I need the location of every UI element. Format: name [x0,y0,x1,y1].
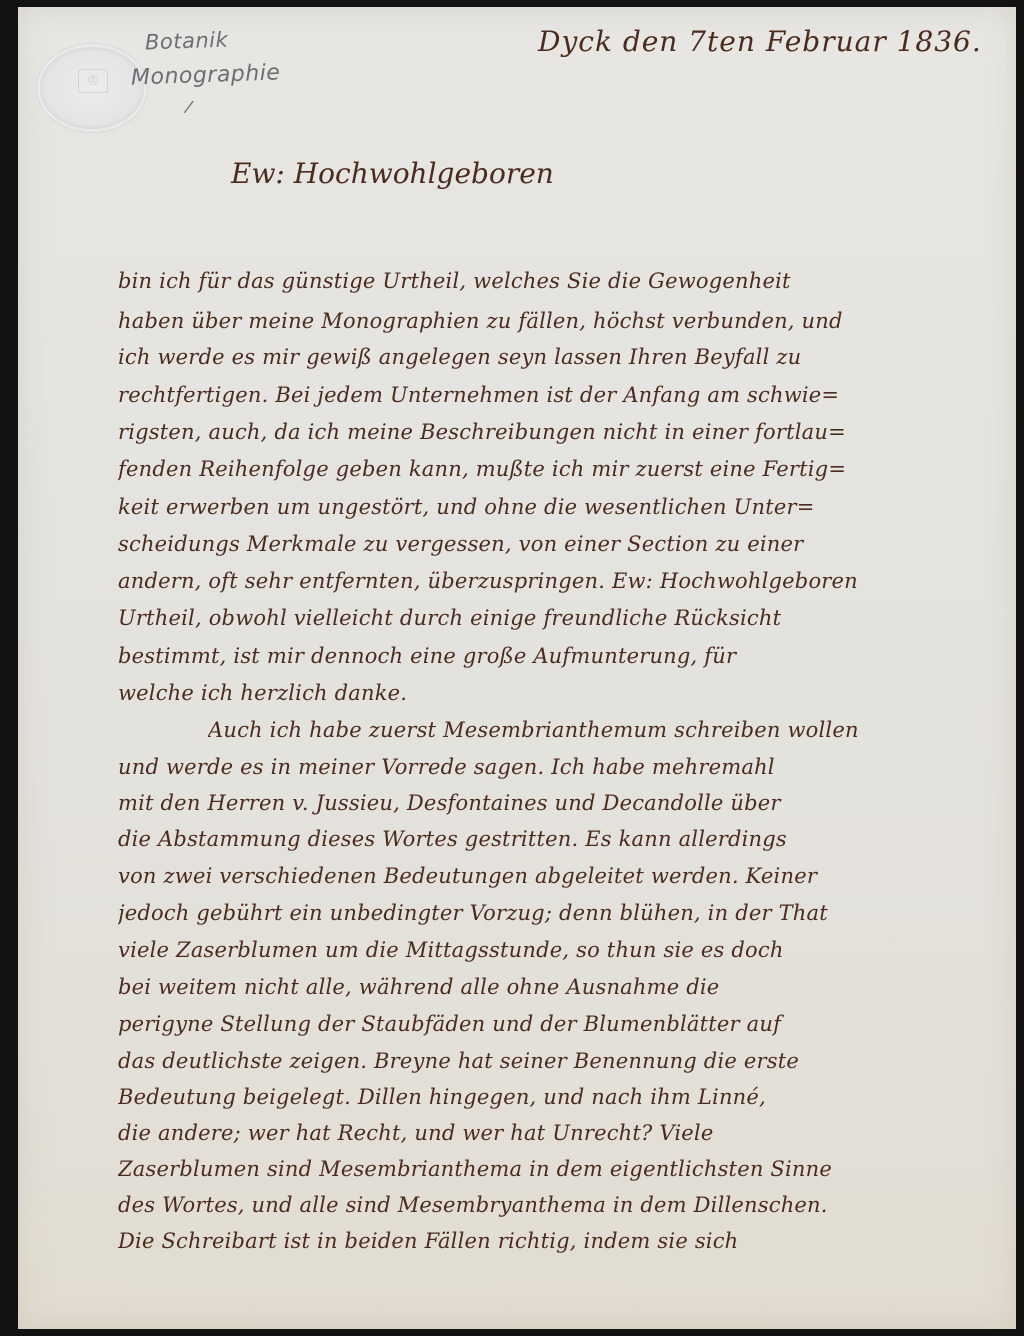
body-line: jedoch gebührt ein unbedingter Vorzug; d… [118,901,1024,925]
body-line: andern, oft sehr entfernten, überzusprin… [118,569,1024,593]
pencil-annotation-line1: Botanik [145,28,229,55]
salutation: Ew: Hochwohlgeboren [231,157,554,190]
body-line: Bedeutung beigelegt. Dillen hingegen, un… [118,1085,1024,1109]
body-line: keit erwerben um ungestört, und ohne die… [118,495,1024,519]
body-line: Urtheil, obwohl vielleicht durch einige … [118,606,1024,630]
body-line: das deutlichste zeigen. Breyne hat seine… [118,1049,1024,1073]
pencil-mark: / [184,97,193,117]
body-line: fenden Reihenfolge geben kann, mußte ich… [118,457,1024,481]
body-line: perigyne Stellung der Staubfäden und der… [118,1012,1024,1036]
crown-icon: ♔ [78,69,108,93]
pencil-annotation-line2: Monographie [131,60,281,90]
body-line: und werde es in meiner Vorrede sagen. Ic… [118,755,1024,779]
body-line: bin ich für das günstige Urtheil, welche… [118,269,1024,293]
body-line: Die Schreibart ist in beiden Fällen rich… [118,1229,1024,1253]
body-line: haben über meine Monographien zu fällen,… [118,309,1024,333]
dateline: Dyck den 7ten Februar 1836. [538,25,982,58]
letter-page: ♔ Botanik Monographie / Dyck den 7ten Fe… [18,7,1016,1329]
body-line: von zwei verschiedenen Bedeutungen abgel… [118,864,1024,888]
body-line: mit den Herren v. Jussieu, Desfontaines … [118,791,1024,815]
body-line: bestimmt, ist mir dennoch eine große Auf… [118,644,1024,668]
body-line: ich werde es mir gewiß angelegen seyn la… [118,345,1024,369]
embossed-seal: ♔ [40,47,144,129]
body-line: des Wortes, und alle sind Mesembryanthem… [118,1193,1024,1217]
body-line-paragraph-start: Auch ich habe zuerst Mesembrianthemum sc… [208,718,1024,742]
body-line: welche ich herzlich danke. [118,681,1024,705]
body-line: viele Zaserblumen um die Mittagsstunde, … [118,938,1024,962]
body-line: die Abstammung dieses Wortes gestritten.… [118,827,1024,851]
body-line: rigsten, auch, da ich meine Beschreibung… [118,420,1024,444]
body-line: bei weitem nicht alle, während alle ohne… [118,975,1024,999]
body-line: rechtfertigen. Bei jedem Unternehmen ist… [118,383,1024,407]
body-line: die andere; wer hat Recht, und wer hat U… [118,1121,1024,1145]
body-line: scheidungs Merkmale zu vergessen, von ei… [118,532,1024,556]
body-line: Zaserblumen sind Mesembrianthema in dem … [118,1157,1024,1181]
